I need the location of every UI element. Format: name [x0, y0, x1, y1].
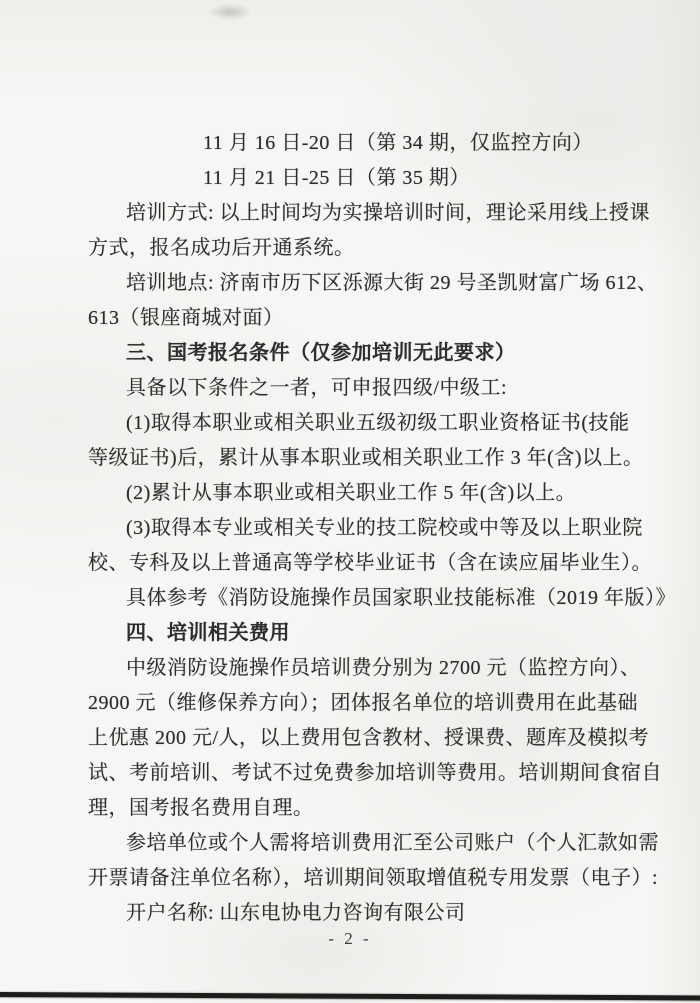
- doc-line-condition-3b: 校、专科及以上普通高等学校毕业证书（含在读应届毕业生）。: [88, 546, 622, 581]
- doc-line-session-34: 11 月 16 日-20 日（第 34 期，仅监控方向）: [88, 126, 622, 161]
- doc-line-standard-reference: 具体参考《消防设施操作员国家职业技能标准（2019 年版）》: [88, 581, 622, 616]
- page-number: - 2 -: [0, 927, 700, 951]
- scan-smudge-artifact: [208, 4, 252, 20]
- doc-line-fees-1: 中级消防设施操作员培训费分别为 2700 元（监控方向）、: [88, 651, 622, 686]
- section-heading-4-training-fees: 四、培训相关费用: [88, 616, 622, 651]
- scan-edge-artifact: [0, 992, 700, 1000]
- doc-line-condition-1b: 等级证书)后，累计从事本职业或相关职业工作 3 年(含)以上。: [88, 441, 622, 476]
- scanned-document-page: 11 月 16 日-20 日（第 34 期，仅监控方向） 11 月 21 日-2…: [0, 0, 700, 1003]
- document-body: 11 月 16 日-20 日（第 34 期，仅监控方向） 11 月 21 日-2…: [88, 126, 622, 931]
- doc-line-conditions-intro: 具备以下条件之一者，可申报四级/中级工:: [88, 371, 622, 406]
- section-heading-3-exam-requirements: 三、国考报名条件（仅参加培训无此要求）: [88, 336, 622, 371]
- doc-line-fees-5: 理，国考报名费用自理。: [88, 791, 622, 826]
- doc-line-payment-1: 参培单位或个人需将培训费用汇至公司账户（个人汇款如需: [88, 826, 622, 861]
- doc-line-training-method-2: 方式，报名成功后开通系统。: [88, 231, 622, 266]
- doc-line-payment-2: 开票请备注单位名称），培训期间领取增值税专用发票（电子）:: [88, 861, 622, 896]
- doc-line-condition-2: (2)累计从事本职业或相关职业工作 5 年(含)以上。: [88, 476, 622, 511]
- doc-line-session-35: 11 月 21 日-25 日（第 35 期）: [88, 161, 622, 196]
- doc-line-training-method-1: 培训方式: 以上时间均为实操培训时间，理论采用线上授课: [88, 196, 622, 231]
- doc-line-training-location-2: 613（银座商城对面）: [88, 301, 622, 336]
- doc-line-account-name: 开户名称: 山东电协电力咨询有限公司: [88, 896, 622, 931]
- doc-line-condition-1a: (1)取得本职业或相关职业五级初级工职业资格证书(技能: [88, 406, 622, 441]
- doc-line-condition-3a: (3)取得本专业或相关专业的技工院校或中等及以上职业院: [88, 511, 622, 546]
- doc-line-training-location-1: 培训地点: 济南市历下区泺源大街 29 号圣凯财富广场 612、: [88, 266, 622, 301]
- doc-line-fees-3: 上优惠 200 元/人，以上费用包含教材、授课费、题库及模拟考: [88, 721, 622, 756]
- doc-line-fees-4: 试、考前培训、考试不过免费参加培训等费用。培训期间食宿自: [88, 756, 622, 791]
- doc-line-fees-2: 2900 元（维修保养方向）；团体报名单位的培训费用在此基础: [88, 686, 622, 721]
